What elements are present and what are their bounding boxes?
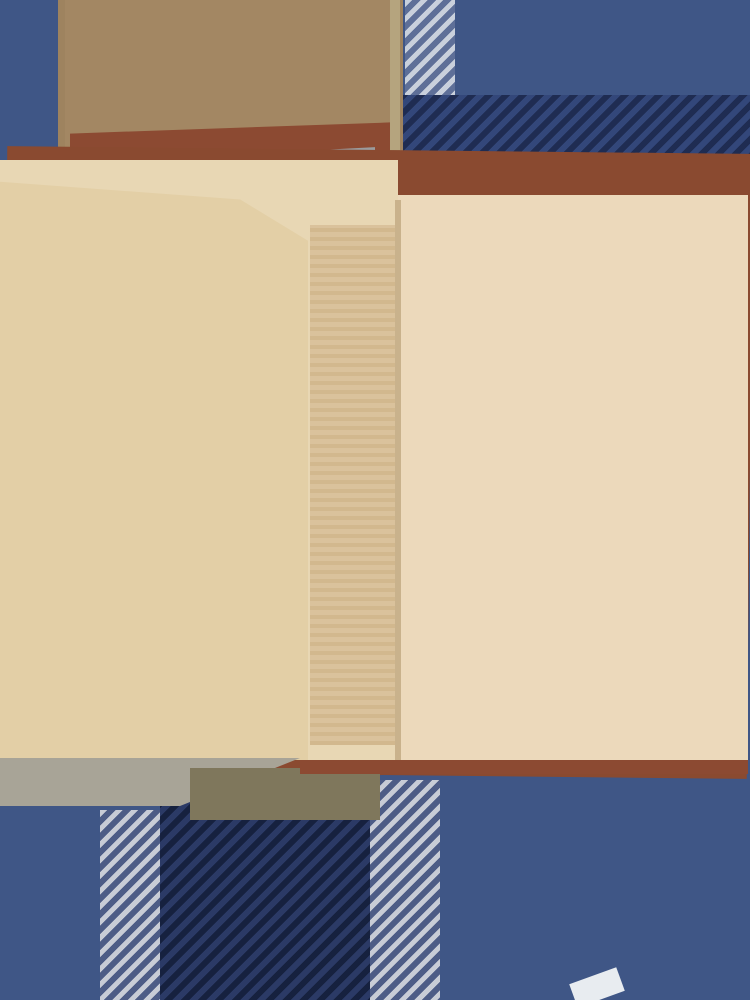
book-cover-edge [300,760,748,774]
carpet-plaid-stripe [370,780,440,1000]
foxing-stain [310,225,395,745]
left-loose-sheet [0,170,308,760]
dust-jacket-fragment [190,768,380,820]
right-endpaper [398,195,748,765]
carpet-plaid-stripe [160,800,370,1000]
book-gutter [395,200,401,765]
